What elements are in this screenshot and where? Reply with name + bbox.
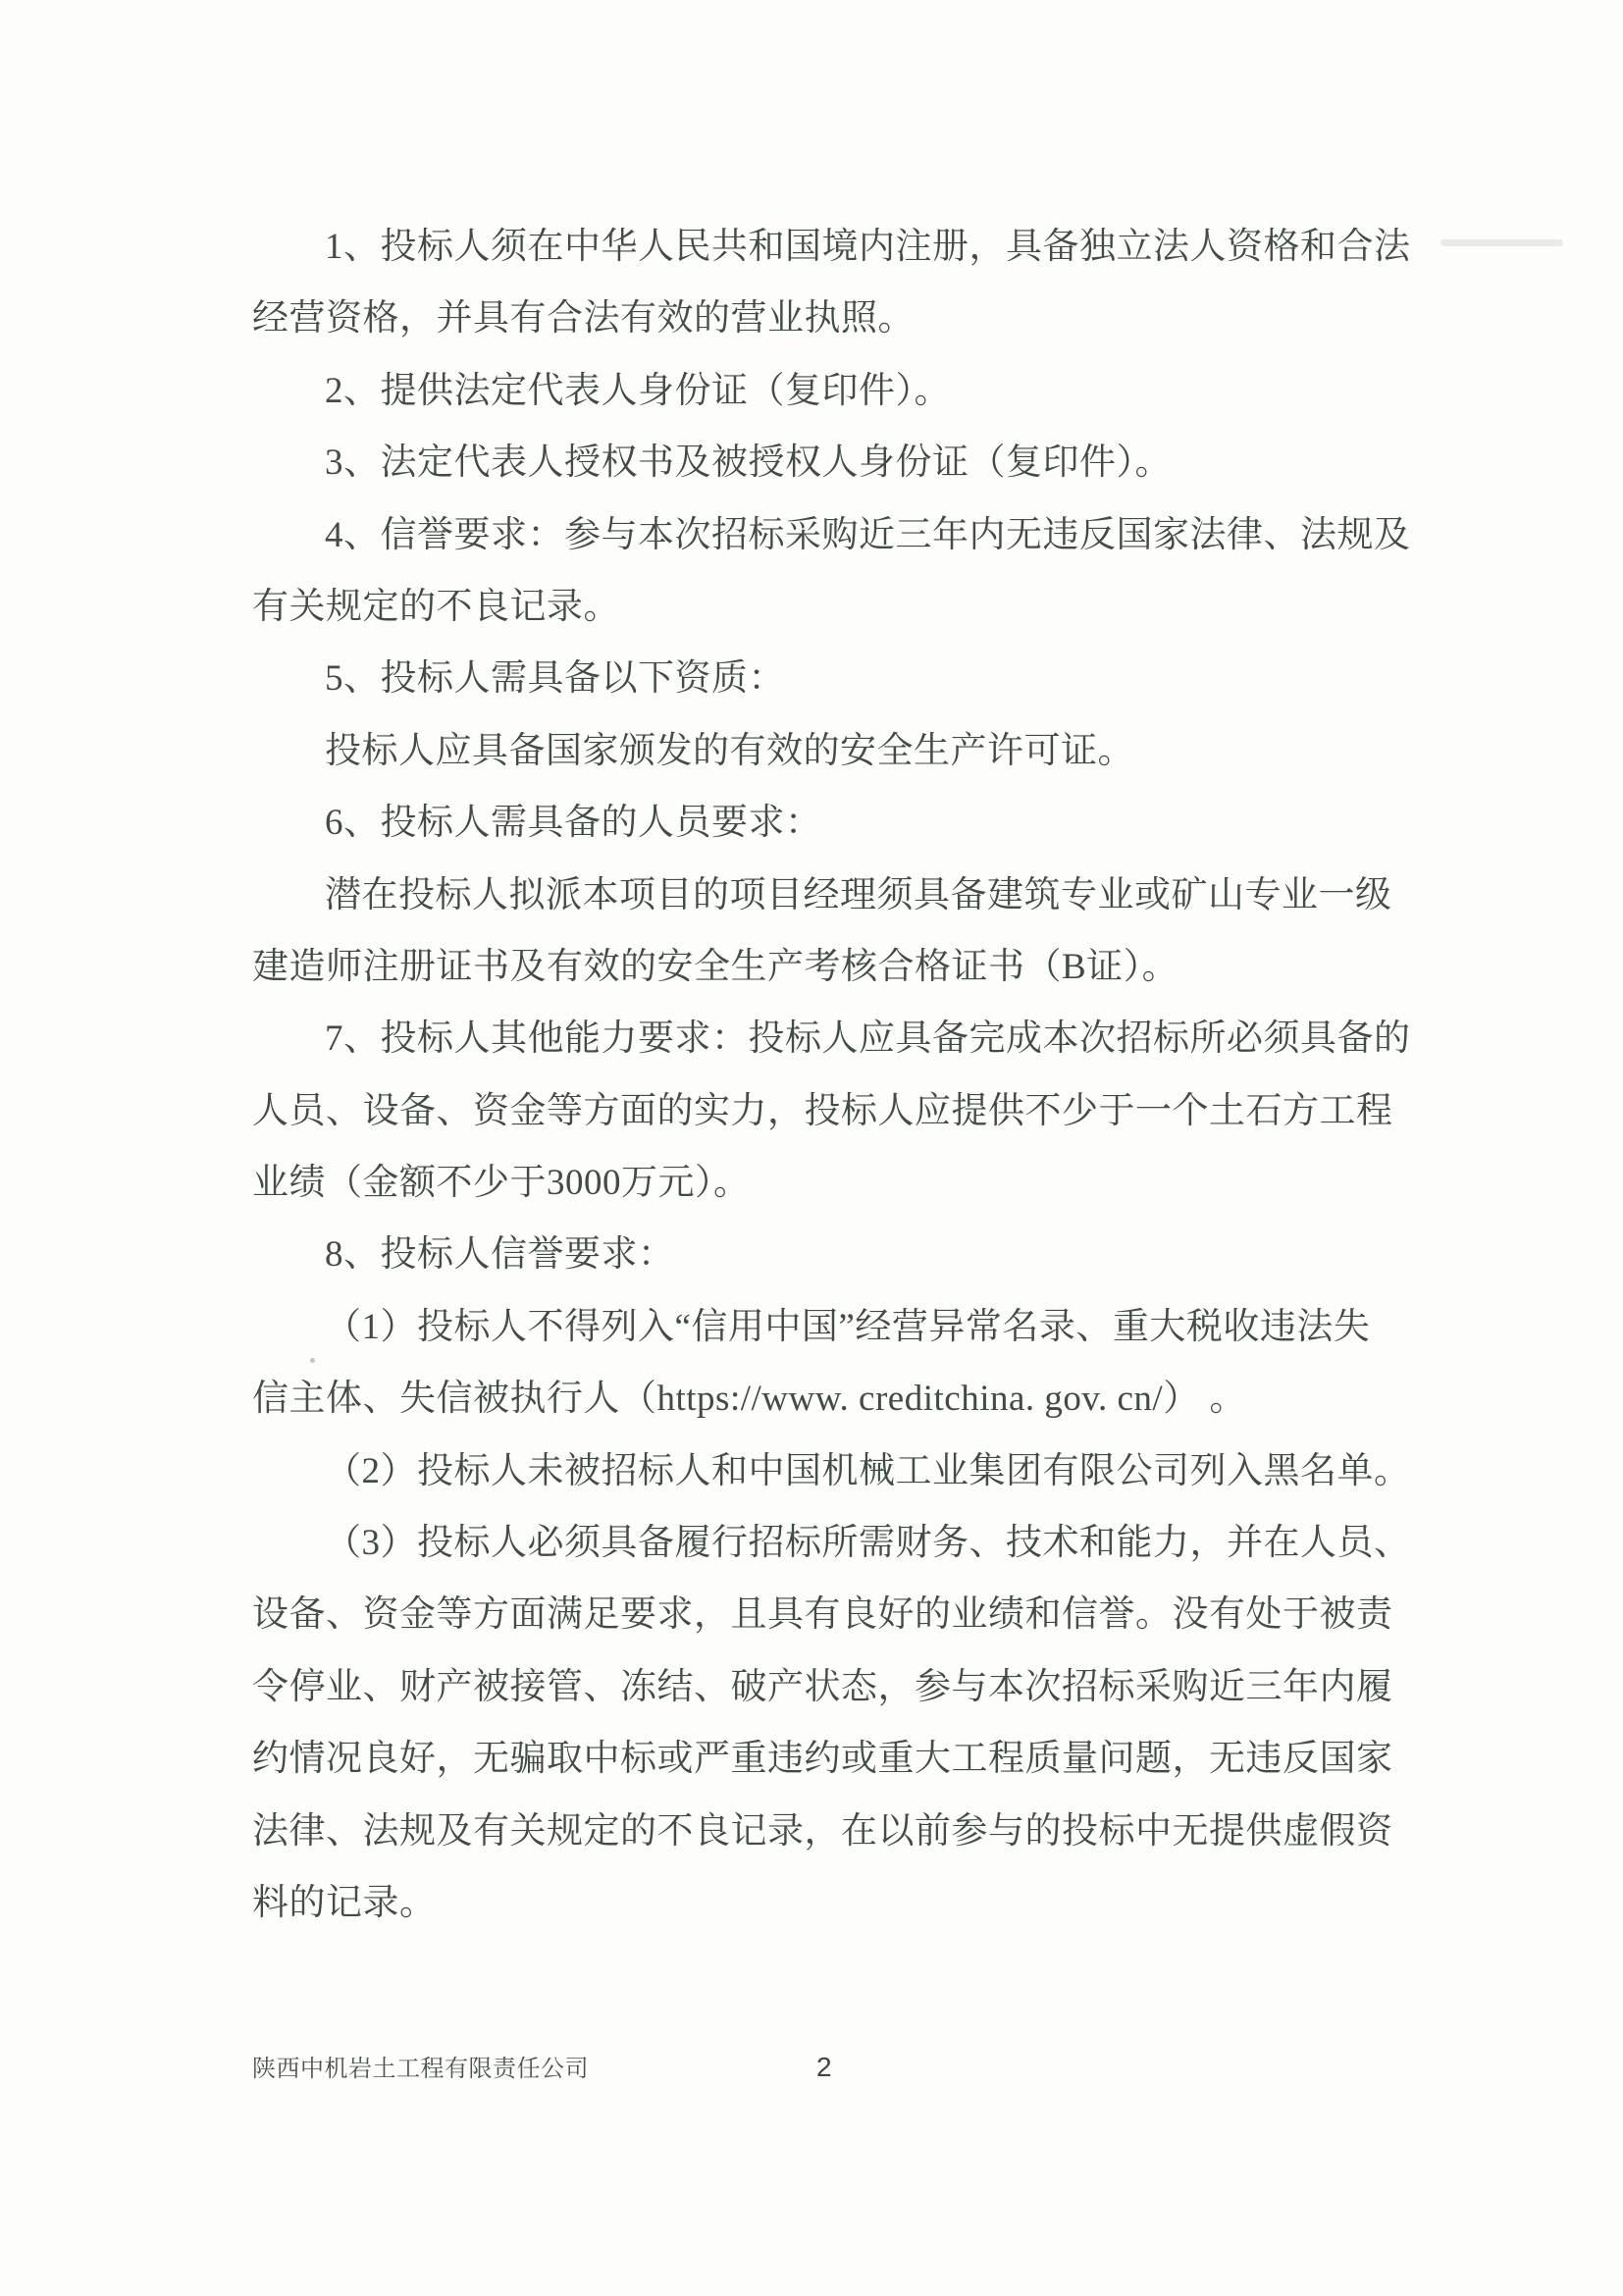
page-footer: 陕西中机岩土工程有限责任公司 2 bbox=[252, 2055, 1371, 2088]
text-line: 业绩（金额不少于3000万元）。 bbox=[252, 1147, 1405, 1219]
text-line: 建造师注册证书及有效的安全生产考核合格证书（B证）。 bbox=[252, 931, 1405, 1003]
text-line: 信主体、失信被执行人（https://www. creditchina. gov… bbox=[252, 1363, 1405, 1435]
text-line: 6、投标人需具备的人员要求： bbox=[252, 787, 1405, 859]
text-line: 设备、资金等方面满足要求，且具有良好的业绩和信誉。没有处于被责 bbox=[252, 1579, 1405, 1650]
scan-smudge-artifact bbox=[1440, 239, 1563, 246]
text-line: 投标人应具备国家颁发的有效的安全生产许可证。 bbox=[252, 715, 1405, 787]
text-line: 法律、法规及有关规定的不良记录，在以前参与的投标中无提供虚假资 bbox=[252, 1796, 1405, 1867]
text-line: 7、投标人其他能力要求：投标人应具备完成本次招标所必须具备的 bbox=[252, 1003, 1405, 1074]
footer-company-name: 陕西中机岩土工程有限责任公司 bbox=[252, 2055, 589, 2084]
text-line: （2）投标人未被招标人和中国机械工业集团有限公司列入黑名单。 bbox=[252, 1435, 1405, 1507]
text-line: 经营资格，并具有合法有效的营业执照。 bbox=[252, 283, 1405, 354]
text-line: 令停业、财产被接管、冻结、破产状态，参与本次招标采购近三年内履 bbox=[252, 1651, 1405, 1723]
page-number: 2 bbox=[816, 2053, 832, 2082]
text-line: 有关规定的不良记录。 bbox=[252, 571, 1405, 643]
text-line: 5、投标人需具备以下资质： bbox=[252, 643, 1405, 714]
text-line: 1、投标人须在中华人民共和国境内注册，具备独立法人资格和合法 bbox=[252, 211, 1405, 283]
scanned-document-page: 1、投标人须在中华人民共和国境内注册，具备独立法人资格和合法经营资格，并具有合法… bbox=[0, 0, 1623, 2296]
text-line: 4、信誉要求：参与本次招标采购近三年内无违反国家法律、法规及 bbox=[252, 499, 1405, 571]
text-line: 人员、设备、资金等方面的实力，投标人应提供不少于一个土石方工程 bbox=[252, 1075, 1405, 1147]
text-line: 约情况良好，无骗取中标或严重违约或重大工程质量问题，无违反国家 bbox=[252, 1723, 1405, 1795]
text-line: （1）投标人不得列入“信用中国”经营异常名录、重大税收违法失 bbox=[252, 1291, 1405, 1363]
text-line: 料的记录。 bbox=[252, 1867, 1405, 1939]
text-line: 2、提供法定代表人身份证（复印件）。 bbox=[252, 355, 1405, 427]
text-line: （3）投标人必须具备履行招标所需财务、技术和能力，并在人员、 bbox=[252, 1507, 1405, 1579]
document-body: 1、投标人须在中华人民共和国境内注册，具备独立法人资格和合法经营资格，并具有合法… bbox=[252, 211, 1405, 1939]
text-line: 8、投标人信誉要求： bbox=[252, 1219, 1405, 1290]
text-line: 3、法定代表人授权书及被授权人身份证（复印件）。 bbox=[252, 427, 1405, 498]
text-line: 潜在投标人拟派本项目的项目经理须具备建筑专业或矿山专业一级 bbox=[252, 860, 1405, 931]
